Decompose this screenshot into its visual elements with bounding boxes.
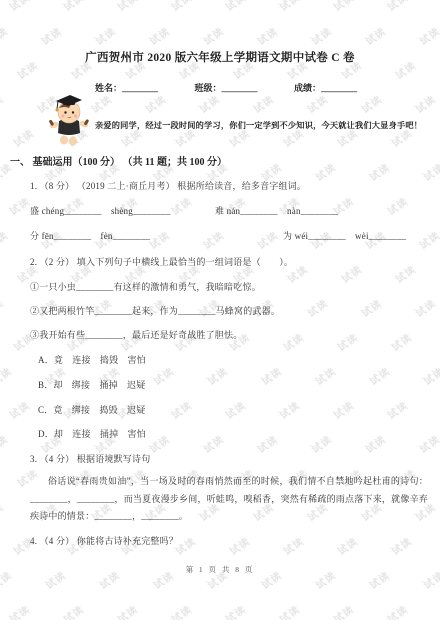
name-field: 姓名：________ (95, 81, 158, 94)
q1-blank-sheng: 盛 chéng________ shèng________ (30, 206, 171, 216)
q1-blank-fen: 分 fēn________ fèn________ (30, 231, 150, 241)
question-2-clause-3: ③我开始有些________，最后还是好奇战胜了胆怯。 (30, 328, 242, 341)
score-field: 成绩：________ (294, 81, 357, 94)
question-1-stem: 1. （8 分） （2019 二上·商丘月考） 根据所给读音，给多音字组词。 (30, 179, 306, 192)
page-number: 第 1 页 共 8 页 (0, 564, 440, 575)
question-1-row-2: 分 fēn________ fèn________ 为 wéi________ … (30, 229, 430, 241)
option-b: B．却 绑接 捅掉 迟疑 (38, 378, 145, 391)
option-d: D．却 连接 捅掉 害怕 (38, 427, 146, 440)
question-3-passage: 俗话说“春雨贵如油”，当一场及时的春雨悄然而至的时候，我们情不自禁地吟起杜甫的诗… (30, 473, 428, 526)
question-2-clause-2: ②又把两根竹竿________起来，作为________马蜂窝的武器。 (30, 304, 280, 317)
option-c: C．竟 绑接 捣毁 迟疑 (38, 403, 145, 416)
question-3-stem: 3. （4 分） 根据语境默写诗句 (30, 452, 150, 465)
question-2-stem: 2. （2 分） 填入下列句子中横线上最恰当的一组词语是（ ）。 (30, 255, 293, 268)
graduate-child-icon (46, 92, 92, 146)
exam-content: 广西贺州市 2020 版六年级上学期语文期中试卷 C 卷 姓名：________… (0, 0, 440, 620)
q1-blank-wei: 为 wéi________ wèi________ (283, 229, 406, 242)
question-2-clause-1: ①一只小虫________有这样的激情和勇气，我暗暗吃惊。 (30, 280, 261, 293)
option-a: A．竟 连接 捣毁 害怕 (38, 353, 146, 366)
section-1-heading: 一、 基础运用（100 分） （共 11 题；共 100 分） (10, 153, 227, 168)
page-title: 广西贺州市 2020 版六年级上学期语文期中试卷 C 卷 (0, 49, 440, 65)
question-4-stem: 4. （4 分） 你能将古诗补充完整吗？ (30, 534, 178, 547)
exam-paper-page: 试读试读试读试读试读试读试读试读试读试读试读试读试读试读试读试读试读试读试读试读… (0, 0, 440, 620)
greeting-text: 亲爱的同学，经过一段时间的学习，你们一定学到不少知识，今天就让我们大显身手吧！ (95, 120, 424, 131)
class-field: 班级：________ (194, 81, 257, 94)
student-info-row: 姓名：________ 班级：________ 成绩：________ (95, 81, 357, 94)
question-1-row-1: 盛 chéng________ shèng________ 难 nán_____… (30, 204, 430, 216)
q1-blank-nan: 难 nán________ nàn________ (215, 204, 338, 217)
